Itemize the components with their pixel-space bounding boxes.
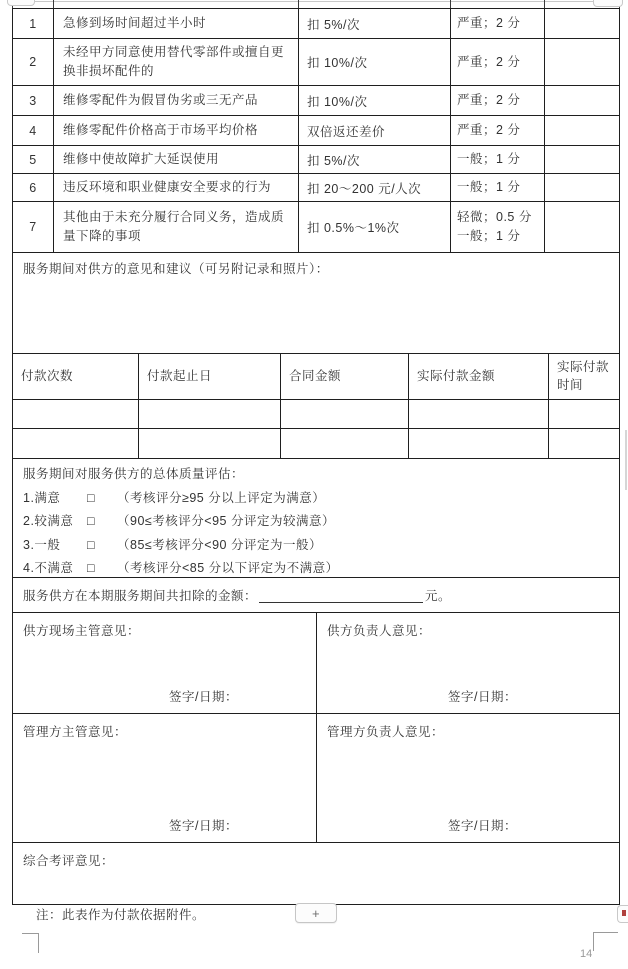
severity-score: 严重；2 分 [451, 9, 545, 38]
item-text: 维修中使故障扩大延误使用 [63, 150, 219, 169]
widget-glyph [622, 910, 626, 916]
crop-mark-bottom-right [593, 932, 594, 951]
signature-date-label: 签字/日期： [169, 816, 238, 834]
item-text: 违反环境和职业健康安全要求的行为 [63, 178, 271, 197]
column-header: 付款次数 [13, 354, 139, 399]
option-label: 2.较满意 [23, 510, 87, 534]
management-opinions-row: 管理方主管意见： 签字/日期： 管理方负责人意见： 签字/日期： [13, 714, 619, 843]
column-header: 合同金额 [281, 354, 409, 399]
payment-cell-empty[interactable] [409, 429, 549, 458]
payment-cell-empty[interactable] [13, 429, 139, 458]
supplier-leader-opinion-box[interactable]: 供方负责人意见： 签字/日期： [317, 613, 619, 713]
table-row: 5 维修中使故障扩大延误使用 扣 5%/次 一般；1 分 [13, 146, 619, 174]
signature-date-label: 签字/日期： [169, 687, 238, 705]
payment-cell-empty[interactable] [139, 429, 281, 458]
payment-cell-empty[interactable] [281, 429, 409, 458]
cutoff-floating-button[interactable] [593, 0, 623, 7]
checkbox-average[interactable]: □ [87, 534, 117, 558]
deduction-standard: 扣 5%/次 [299, 146, 451, 173]
right-edge-scroll-artifact [625, 430, 627, 490]
quality-option: 1.满意 □ （考核评分≥95 分以上评定为满意） [23, 487, 609, 511]
severity-score: 严重；2 分 [451, 116, 545, 145]
row-number: 1 [13, 9, 54, 38]
item-description: 维修零配件为假冒伪劣或三无产品 [54, 86, 299, 115]
deduction-standard: 扣 5%/次 [299, 9, 451, 38]
record-cell-empty[interactable] [545, 202, 619, 252]
row-number: 4 [13, 116, 54, 145]
quality-option: 4.不满意 □ （考核评分<85 分以下评定为不满意） [23, 557, 609, 581]
record-cell-empty[interactable] [545, 146, 619, 173]
checkbox-satisfied[interactable]: □ [87, 487, 117, 511]
severity-score: 严重；2 分 [451, 39, 545, 85]
footer-note: 注：此表作为付款依据附件。 [36, 905, 205, 923]
cutoff-floating-widget[interactable] [617, 905, 628, 923]
payment-data-row [13, 428, 619, 458]
crop-mark-bottom-left [22, 933, 38, 934]
payment-section: 付款次数 付款起止日 合同金额 实际付款金额 实际付款时间 [13, 354, 619, 459]
table-grid-line [298, 0, 299, 8]
deduction-standard: 扣 0.5%～1%次 [299, 202, 451, 252]
payment-cell-empty[interactable] [13, 400, 139, 428]
insert-plus-button[interactable]: + [295, 903, 337, 923]
table-row: 4 维修零配件价格高于市场平均价格 双倍返还差价 严重；2 分 [13, 116, 619, 146]
amount-fill-in-blank[interactable] [259, 587, 423, 603]
quality-assessment-section: 服务期间对服务供方的总体质量评估： 1.满意 □ （考核评分≥95 分以上评定为… [13, 459, 619, 578]
crop-mark-bottom-left [38, 933, 39, 953]
comments-title: 服务期间对供方的意见和建议（可另附记录和照片）： [23, 262, 329, 276]
page-number: 14 [580, 948, 592, 960]
quality-title: 服务期间对服务供方的总体质量评估： [23, 463, 609, 487]
item-text: 未经甲方同意使用替代零部件或擅自更换非损坏配件的 [63, 43, 289, 82]
payment-cell-empty[interactable] [409, 400, 549, 428]
table-row: 6 违反环境和职业健康安全要求的行为 扣 20～200 元/人次 一般；1 分 [13, 174, 619, 202]
quality-option: 2.较满意 □ （90≤考核评分<95 分评定为较满意） [23, 510, 609, 534]
record-cell-empty[interactable] [545, 174, 619, 201]
quality-option: 3.一般 □ （85≤考核评分<90 分评定为一般） [23, 534, 609, 558]
item-text: 维修零配件为假冒伪劣或三无产品 [63, 91, 258, 110]
opinion-title: 管理方负责人意见： [317, 714, 619, 740]
severity-score: 轻微；0.5 分 一般；1 分 [451, 202, 545, 252]
item-description: 急修到场时间超过半小时 [54, 9, 299, 38]
option-criteria: （考核评分<85 分以下评定为不满意） [117, 557, 339, 581]
manager-leader-opinion-box[interactable]: 管理方负责人意见： 签字/日期： [317, 714, 619, 842]
payment-data-row [13, 399, 619, 428]
row-number: 7 [13, 202, 54, 252]
severity-text: 严重；2 分 [457, 91, 538, 110]
severity-text: 严重；2 分 [457, 53, 538, 72]
severity-text-line1: 轻微；0.5 分 [457, 208, 538, 227]
payment-cell-empty[interactable] [281, 400, 409, 428]
payment-header-row: 付款次数 付款起止日 合同金额 实际付款金额 实际付款时间 [13, 354, 619, 399]
option-criteria: （考核评分≥95 分以上评定为满意） [117, 487, 325, 511]
cutoff-floating-button[interactable] [7, 0, 35, 6]
option-criteria: （85≤考核评分<90 分评定为一般） [117, 534, 322, 558]
record-cell-empty[interactable] [545, 116, 619, 145]
severity-score: 严重；2 分 [451, 86, 545, 115]
item-description: 维修零配件价格高于市场平均价格 [54, 116, 299, 145]
opinion-title: 供方负责人意见： [317, 613, 619, 639]
record-cell-empty[interactable] [545, 39, 619, 85]
opinion-title: 管理方主管意见： [13, 714, 316, 740]
item-text: 急修到场时间超过半小时 [63, 14, 206, 33]
table-grid-line [450, 0, 451, 8]
item-text: 维修零配件价格高于市场平均价格 [63, 121, 258, 140]
column-header: 付款起止日 [139, 354, 281, 399]
row-number: 6 [13, 174, 54, 201]
evaluation-table: 1 急修到场时间超过半小时 扣 5%/次 严重；2 分 2 未经甲方同意使用替代… [12, 8, 620, 905]
deducted-amount-section: 服务供方在本期服务期间共扣除的金额：元。 [13, 578, 619, 613]
manager-site-supervisor-opinion-box[interactable]: 管理方主管意见： 签字/日期： [13, 714, 317, 842]
column-header: 实际付款金额 [409, 354, 549, 399]
row-number: 2 [13, 39, 54, 85]
signature-date-label: 签字/日期： [448, 687, 517, 705]
plus-icon: + [312, 907, 320, 920]
severity-text: 一般；1 分 [457, 150, 538, 169]
table-grid-line [544, 0, 545, 8]
severity-text: 严重；2 分 [457, 121, 538, 140]
row-number: 3 [13, 86, 54, 115]
amount-prefix: 服务供方在本期服务期间共扣除的金额： [23, 586, 257, 604]
severity-score: 一般；1 分 [451, 174, 545, 201]
comments-section[interactable]: 服务期间对供方的意见和建议（可另附记录和照片）： [13, 253, 619, 354]
item-description: 违反环境和职业健康安全要求的行为 [54, 174, 299, 201]
overall-review-section[interactable]: 综合考评意见： [13, 843, 619, 901]
deduction-standard: 双倍返还差价 [299, 116, 451, 145]
amount-suffix: 元。 [425, 586, 451, 604]
severity-text: 严重；2 分 [457, 14, 538, 33]
severity-score: 一般；1 分 [451, 146, 545, 173]
crop-mark-bottom-right [593, 932, 618, 933]
deduction-standard: 扣 10%/次 [299, 39, 451, 85]
item-description: 维修中使故障扩大延误使用 [54, 146, 299, 173]
table-row: 3 维修零配件为假冒伪劣或三无产品 扣 10%/次 严重；2 分 [13, 86, 619, 116]
table-row: 2 未经甲方同意使用替代零部件或擅自更换非损坏配件的 扣 10%/次 严重；2 … [13, 39, 619, 86]
record-cell-empty[interactable] [545, 9, 619, 38]
overall-review-title: 综合考评意见： [23, 854, 114, 868]
deduction-standard: 扣 20～200 元/人次 [299, 174, 451, 201]
severity-text: 一般；1 分 [457, 178, 538, 197]
severity-text-line2: 一般；1 分 [457, 227, 538, 246]
opinion-title: 供方现场主管意见： [13, 613, 316, 639]
payment-cell-empty[interactable] [549, 429, 619, 458]
payment-cell-empty[interactable] [549, 400, 619, 428]
payment-cell-empty[interactable] [139, 400, 281, 428]
table-row: 7 其他由于未充分履行合同义务，造成质量下降的事项 扣 0.5%～1%次 轻微；… [13, 202, 619, 252]
row-number: 5 [13, 146, 54, 173]
checkbox-fairly-satisfied[interactable]: □ [87, 510, 117, 534]
table-grid-line [53, 0, 54, 8]
option-label: 1.满意 [23, 487, 87, 511]
item-description: 未经甲方同意使用替代零部件或擅自更换非损坏配件的 [54, 39, 299, 85]
option-criteria: （90≤考核评分<95 分评定为较满意） [117, 510, 335, 534]
record-cell-empty[interactable] [545, 86, 619, 115]
table-row: 1 急修到场时间超过半小时 扣 5%/次 严重；2 分 [13, 9, 619, 39]
option-label: 3.一般 [23, 534, 87, 558]
column-header: 实际付款时间 [549, 354, 619, 399]
deduction-items-section: 1 急修到场时间超过半小时 扣 5%/次 严重；2 分 2 未经甲方同意使用替代… [13, 9, 619, 253]
item-description: 其他由于未充分履行合同义务，造成质量下降的事项 [54, 202, 299, 252]
supplier-site-supervisor-opinion-box[interactable]: 供方现场主管意见： 签字/日期： [13, 613, 317, 713]
checkbox-unsatisfied[interactable]: □ [87, 557, 117, 581]
deduction-standard: 扣 10%/次 [299, 86, 451, 115]
item-text: 其他由于未充分履行合同义务，造成质量下降的事项 [63, 208, 289, 247]
option-label: 4.不满意 [23, 557, 87, 581]
document-page: 1 急修到场时间超过半小时 扣 5%/次 严重；2 分 2 未经甲方同意使用替代… [0, 0, 628, 969]
supplier-opinions-row: 供方现场主管意见： 签字/日期： 供方负责人意见： 签字/日期： [13, 613, 619, 714]
previous-row-border [12, 1, 619, 2]
signature-date-label: 签字/日期： [448, 816, 517, 834]
